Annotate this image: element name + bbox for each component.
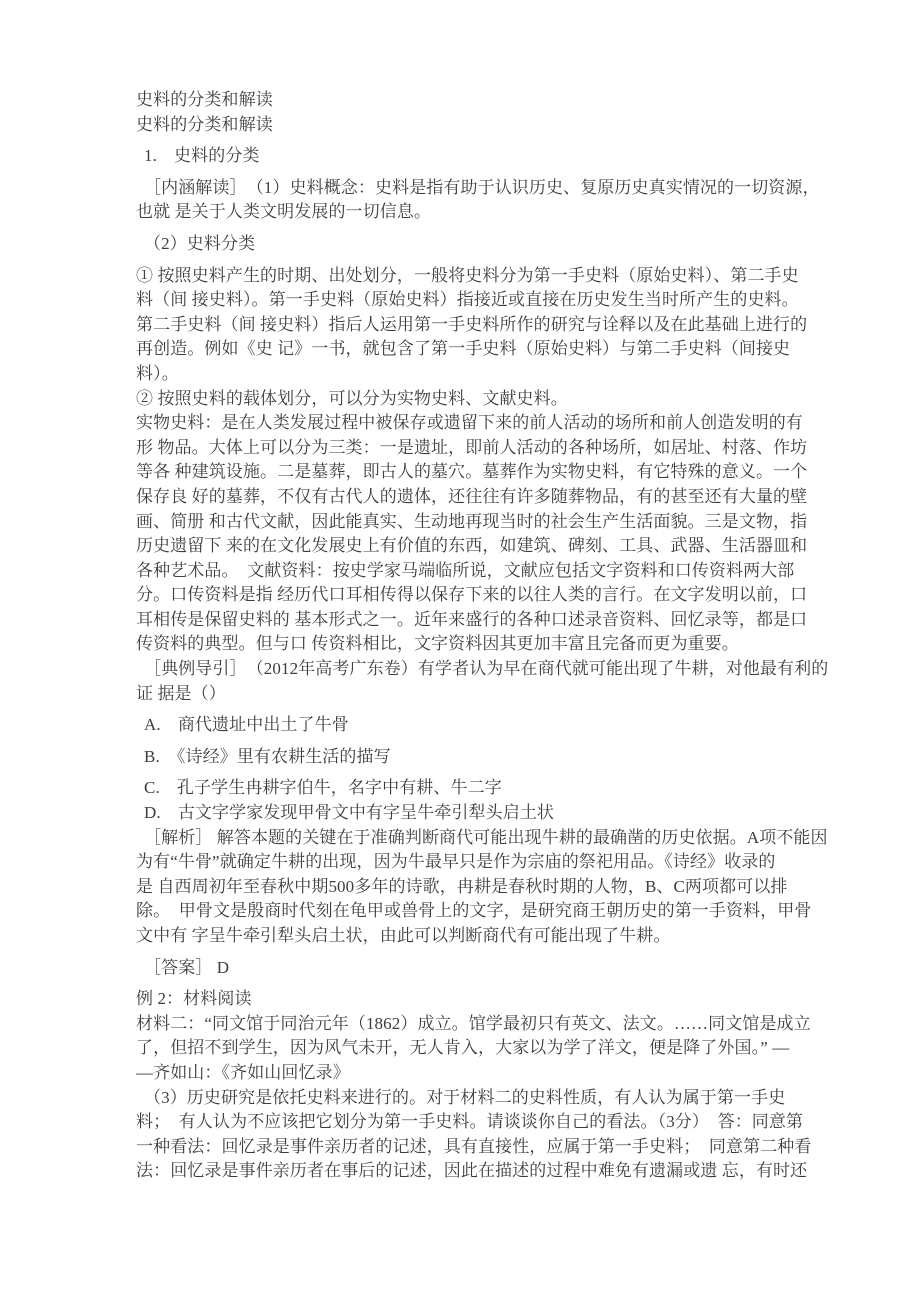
concept-para-line-1: ［内涵解读］ （1）史料概念：史料是指有助于认识历史、复原历史真实情况的一切资源…	[136, 176, 808, 201]
by-origin-para-line-2: 料（间 接史料）。第一手史料（原始史料）指接近或直接在历史发生当时所产生的史料。	[136, 288, 808, 313]
analysis-line-1: ［解析］ 解答本题的关键在于准确判断商代可能出现牛耕的最确凿的历史依据。A项不能…	[136, 826, 808, 851]
by-origin-para-line-4: 再创造。例如《史 记》一书，就包含了第一手史料（原始史料）与第二手史料（间接史	[136, 337, 808, 362]
material-2-line-3: —齐如山：《齐如山回忆录》	[136, 1061, 808, 1086]
by-carrier-line: ② 按照史料的载体划分，可以分为实物史料、文献史料。	[136, 387, 808, 412]
by-origin-para-line-5: 料）。	[136, 362, 808, 387]
option-d: D. 古文字学家发现甲骨文中有字呈牛牵引犁头启土状	[136, 801, 808, 826]
material-para-line-7: 各种艺术品。 文献资料：按史学家马端临所说，文献应包括文字资料和口传资料两大部	[136, 559, 808, 584]
option-c: C. 孔子学生冉耕字伯牛，名字中有耕、牛二字	[136, 776, 808, 801]
material-para-line-8: 分。口传资料是指 经历代口耳相传得以保存下来的以往人类的言行。在文字发明以前，口	[136, 583, 808, 608]
material-para-line-5: 画、简册 和古代文献，因此能真实、生动地再现当时的社会生产生活面貌。三是文物，指	[136, 510, 808, 535]
concept-para-line-2: 也就 是关于人类文明发展的一切信息。	[136, 200, 808, 225]
question-3-line-4: 法：回忆录是事件亲历者在事后的记述，因此在描述的过程中难免有遗漏或遗 忘，有时还	[136, 1159, 808, 1184]
document-body: 史料的分类和解读史料的分类和解读1. 史料的分类［内涵解读］ （1）史料概念：史…	[136, 88, 808, 1184]
answer-line: ［答案］ D	[136, 956, 808, 981]
example-1-line-1: ［典例导引］ （2012年高考广东卷）有学者认为早在商代就可能出现了牛耕，对他最…	[136, 657, 808, 682]
analysis-line-3: 是 自西周初年至春秋中期500多年的诗歌，冉耕是春秋时期的人物，B、C两项都可以…	[136, 875, 808, 900]
example-1-line-2: 证 据是（）	[136, 682, 808, 707]
option-a: A. 商代遗址中出土了牛骨	[136, 713, 808, 738]
example-2-heading: 例 2：材料阅读	[136, 987, 808, 1012]
doc-title-line-2: 史料的分类和解读	[136, 113, 808, 138]
by-origin-para-line-3: 第二手史料（间 接史料）指后人运用第一手史料所作的研究与诠释以及在此基础上进行的	[136, 313, 808, 338]
material-para-line-1: 实物史料：是在人类发展过程中被保存或遗留下来的前人活动的场所和前人创造发明的有	[136, 411, 808, 436]
classification-heading: （2）史料分类	[136, 232, 808, 257]
material-2-line-2: 了，但招不到学生，因为风气未开，无人肯入，大家以为学了洋文，便是降了外国。” —	[136, 1036, 808, 1061]
material-para-line-6: 历史遗留下 来的在文化发展史上有价值的东西，如建筑、碑刻、工具、武器、生活器皿和	[136, 534, 808, 559]
option-b: B. 《诗经》里有农耕生活的描写	[136, 745, 808, 770]
section-1-heading: 1. 史料的分类	[136, 144, 808, 169]
analysis-line-2: 为有“牛骨”就确定牛耕的出现，因为牛最早只是作为宗庙的祭祀用品。《诗经》收录的	[136, 850, 808, 875]
material-2-line-1: 材料二：“同文馆于同治元年（1862）成立。馆学最初只有英文、法文。……同文馆是…	[136, 1012, 808, 1037]
question-3-line-1: （3）历史研究是依托史料来进行的。对于材料二的史料性质，有人认为属于第一手史	[136, 1086, 808, 1111]
analysis-line-5: 文中有 字呈牛牵引犁头启土状，由此可以判断商代有可能出现了牛耕。	[136, 924, 808, 949]
material-para-line-2: 形 物品。大体上可以分为三类：一是遗址，即前人活动的各种场所，如居址、村落、作坊	[136, 436, 808, 461]
document-page: 史料的分类和解读史料的分类和解读1. 史料的分类［内涵解读］ （1）史料概念：史…	[0, 0, 920, 1302]
by-origin-para-line-1: ① 按照史料产生的时期、出处划分，一般将史料分为第一手史料（原始史料）、第二手史	[136, 264, 808, 289]
question-3-line-3: 一种看法：回忆录是事件亲历者的记述，具有直接性，应属于第一手史料； 同意第二种看	[136, 1135, 808, 1160]
material-para-line-10: 传资料的典型。但与口 传资料相比，文字资料因其更加丰富且完备而更为重要。	[136, 632, 808, 657]
question-3-line-2: 料； 有人认为不应该把它划分为第一手史料。请谈谈你自己的看法。（3分） 答：同意…	[136, 1110, 808, 1135]
material-para-line-3: 等各 种建筑设施。二是墓葬，即古人的墓穴。墓葬作为实物史料，有它特殊的意义。一个	[136, 460, 808, 485]
doc-title-line-1: 史料的分类和解读	[136, 88, 808, 113]
analysis-line-4: 除。 甲骨文是殷商时代刻在龟甲或兽骨上的文字，是研究商王朝历史的第一手资料，甲骨	[136, 899, 808, 924]
material-para-line-4: 保存良 好的墓葬，不仅有古代人的遗体，还往往有许多随葬物品，有的甚至还有大量的壁	[136, 485, 808, 510]
material-para-line-9: 耳相传是保留史料的 基本形式之一。近年来盛行的各种口述录音资料、回忆录等，都是口	[136, 608, 808, 633]
